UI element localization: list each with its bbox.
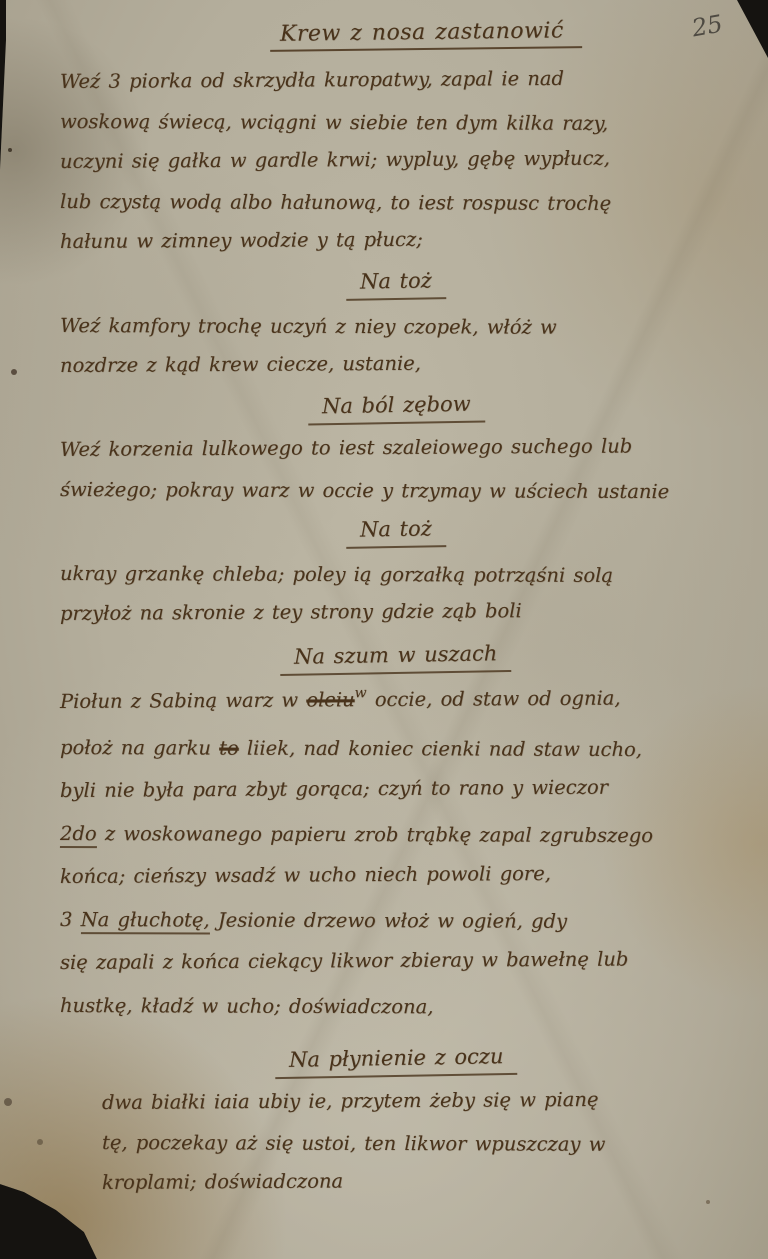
manuscript-line: hustkę, kładź w ucho; doświadczona, — [60, 984, 732, 1029]
inserted-word: w — [355, 685, 367, 701]
manuscript-line: końca; cieńszy wsadź w ucho niech powoli… — [60, 851, 732, 898]
section-heading-row: Na płynienie z oczu — [60, 1043, 732, 1081]
section-heading-row: Na szum w uszach — [60, 640, 732, 678]
section-heading: Na ból zębow — [307, 388, 484, 425]
struck-word: oleiu — [306, 688, 354, 711]
manuscript-line: przyłoż na skronie z tey strony gdzie zą… — [60, 590, 732, 634]
page-title: Krew z nosa zastanowić — [270, 18, 582, 52]
line-text: Piołun z Sabiną warz w — [60, 688, 306, 713]
manuscript-line: hałunu w zimney wodzie y tą płucz; — [60, 218, 732, 262]
recipe-natoz-1: Weź kamfory trochę uczyń z niey czopek, … — [60, 306, 732, 386]
manuscript-line: Weź 3 piorka od skrzydła kuropatwy, zapa… — [60, 58, 732, 102]
manuscript-line: byli nie była para zbyt gorąca; czyń to … — [60, 765, 732, 812]
manuscript-line: uczyni się gałka w gardle krwi; wypluy, … — [60, 138, 732, 182]
recipe-natoz-2: ukray grzankę chleba; poley ią gorzałką … — [60, 554, 732, 634]
manuscript-paper: 25 Krew z nosa zastanowić Weź 3 piorka o… — [0, 0, 768, 1259]
line-text: 3 — [60, 908, 81, 931]
line-text: z woskowanego papieru zrob trąbkę zapal … — [97, 822, 653, 847]
manuscript-line: Weź korzenia lulkowego to iest szaleiowe… — [60, 426, 732, 470]
line-text: Jesionie drzewo włoż w ogień, gdy — [210, 909, 567, 933]
manuscript-line: się zapali z końca ciekący likwor zbiera… — [60, 937, 732, 984]
recipe-eye-watering: dwa białki iaia ubiy ie, przytem żeby si… — [60, 1083, 732, 1203]
recipe-toothache: Weź korzenia lulkowego to iest szaleiowe… — [60, 430, 732, 510]
manuscript-line: kroplami; doświadczona — [102, 1159, 732, 1203]
underlined-phrase: Na głuchotę, — [81, 908, 210, 934]
line-text: liiek, nad koniec cienki nad staw ucho, — [239, 737, 642, 761]
page-title-row: Krew z nosa zastanowić — [60, 20, 732, 62]
manuscript-line: świeżego; pokray warz w occie y trzymay … — [60, 470, 732, 512]
line-text: occie, od staw od ognia, — [367, 687, 621, 712]
section-heading-row: Na toż — [60, 514, 732, 552]
recipe-ear-noise: Piołun z Sabiną warz w oleiuw occie, od … — [60, 680, 732, 1027]
underlined-phrase: 2do — [60, 822, 97, 848]
section-heading-row: Na toż — [60, 266, 732, 304]
manuscript-line: dwa białki iaia ubiy ie, przytem żeby si… — [102, 1079, 732, 1123]
manuscript-content: Krew z nosa zastanowić Weź 3 piorka od s… — [0, 0, 768, 1203]
section-heading: Na szum w uszach — [280, 638, 512, 676]
manuscript-line: Piołun z Sabiną warz w oleiuw occie, od … — [60, 676, 732, 726]
section-heading: Na toż — [346, 265, 446, 301]
section-heading: Na toż — [346, 513, 446, 549]
section-heading-row: Na ból zębow — [60, 390, 732, 428]
section-heading: Na płynienie z oczu — [275, 1041, 518, 1079]
manuscript-line: nozdrze z kąd krew ciecze, ustanie, — [60, 342, 732, 386]
recipe-nosebleed: Weź 3 piorka od skrzydła kuropatwy, zapa… — [60, 62, 732, 262]
struck-word: to — [219, 737, 239, 760]
line-text: położ na garku — [60, 736, 219, 760]
